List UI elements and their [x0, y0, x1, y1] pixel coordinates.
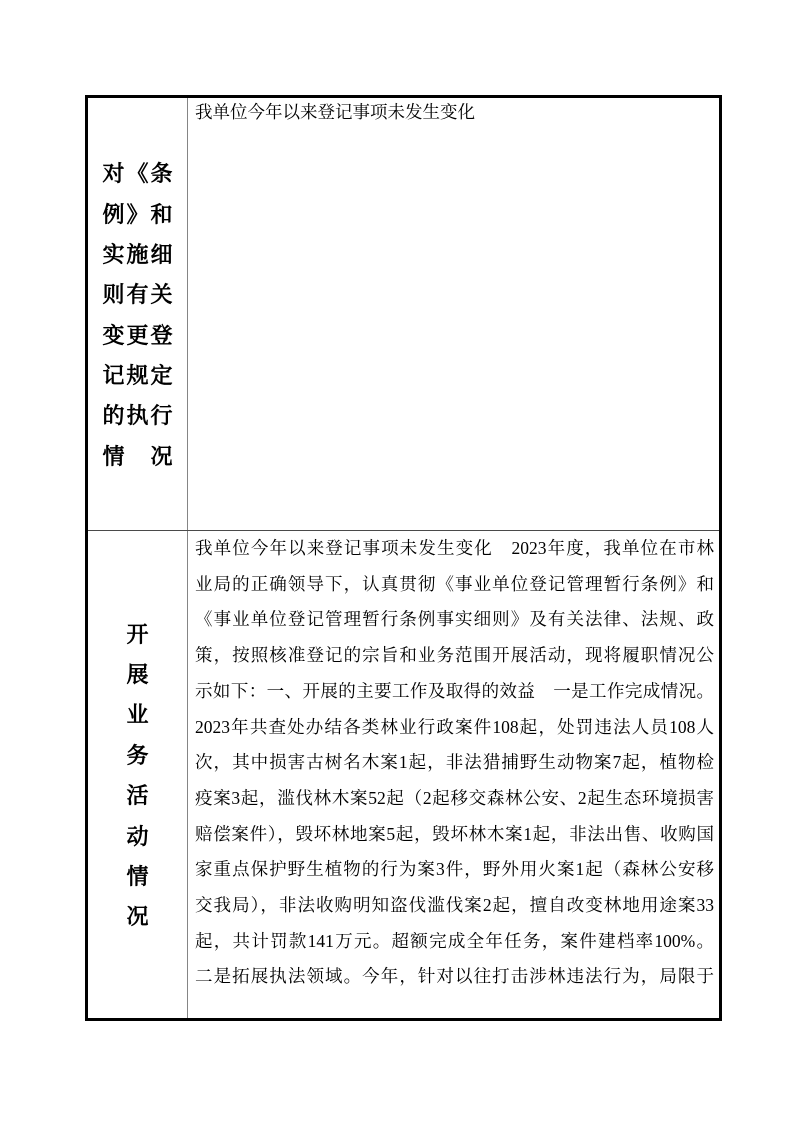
paragraph-line: 示如下：一、开展的主要工作及取得的效益 一是工作完成情况。	[195, 674, 714, 710]
label-line: 的执行	[103, 395, 173, 435]
row-label-business-activities: 开展业务活动情况	[88, 531, 188, 1018]
paragraph-line: 业局的正确领导下，认真贯彻《事业单位登记管理暂行条例》和	[195, 567, 714, 603]
paragraph-line: 我单位今年以来登记事项未发生变化 2023年度，我单位在市林	[195, 531, 714, 567]
label-line: 展	[103, 653, 173, 693]
paragraph-line: 《事业单位登记管理暂行条例事实细则》及有关法律、法规、政	[195, 602, 714, 638]
paragraph-line: 起，共计罚款141万元。超额完成全年任务，案件建档率100%。	[195, 924, 714, 960]
label-line: 实施细	[103, 233, 173, 273]
row-label-regulation-compliance: 对《条例》和实施细则有关变更登记规定的执行情况	[88, 98, 188, 530]
label-line: 变更登	[103, 314, 173, 354]
cell-regulation-compliance-text: 我单位今年以来登记事项未发生变化	[188, 98, 719, 530]
label-line: 开	[103, 613, 173, 653]
cell-business-activities-text: 我单位今年以来登记事项未发生变化 2023年度，我单位在市林业局的正确领导下，认…	[188, 531, 719, 1018]
label-line: 务	[103, 734, 173, 774]
annual-report-table: 对《条例》和实施细则有关变更登记规定的执行情况 我单位今年以来登记事项未发生变化…	[85, 95, 722, 1021]
label-line: 动	[103, 815, 173, 855]
label-line: 况	[103, 896, 173, 936]
label-line: 情	[103, 855, 173, 895]
label-line: 情况	[103, 435, 173, 475]
label-line: 记规定	[103, 354, 173, 394]
label-line: 例》和	[103, 193, 173, 233]
table-row-regulation-compliance: 对《条例》和实施细则有关变更登记规定的执行情况 我单位今年以来登记事项未发生变化	[88, 98, 719, 531]
label-line: 对《条	[103, 153, 173, 193]
paragraph-line: 2023年共查处办结各类林业行政案件108起，处罚违法人员108人	[195, 710, 714, 746]
paragraph-line: 赔偿案件），毁坏林地案5起，毁坏林木案1起，非法出售、收购国	[195, 817, 714, 853]
document-page: 对《条例》和实施细则有关变更登记规定的执行情况 我单位今年以来登记事项未发生变化…	[0, 0, 794, 1122]
label-line: 则有关	[103, 274, 173, 314]
paragraph-line: 我单位今年以来登记事项未发生变化	[195, 99, 714, 125]
paragraph-line: 次，其中损害古树名木案1起，非法猎捕野生动物案7起，植物检	[195, 745, 714, 781]
label-line: 活	[103, 775, 173, 815]
table-row-business-activities: 开展业务活动情况 我单位今年以来登记事项未发生变化 2023年度，我单位在市林业…	[88, 531, 719, 1018]
paragraph-line: 交我局），非法收购明知盗伐滥伐案2起，擅自改变林地用途案33	[195, 888, 714, 924]
label-line: 业	[103, 694, 173, 734]
paragraph-line: 二是拓展执法领域。今年，针对以往打击涉林违法行为，局限于	[195, 959, 714, 995]
paragraph-line: 家重点保护野生植物的行为案3件，野外用火案1起（森林公安移	[195, 852, 714, 888]
paragraph-line: 策，按照核准登记的宗旨和业务范围开展活动，现将履职情况公	[195, 638, 714, 674]
paragraph-line: 疫案3起，滥伐林木案52起（2起移交森林公安、2起生态环境损害	[195, 781, 714, 817]
